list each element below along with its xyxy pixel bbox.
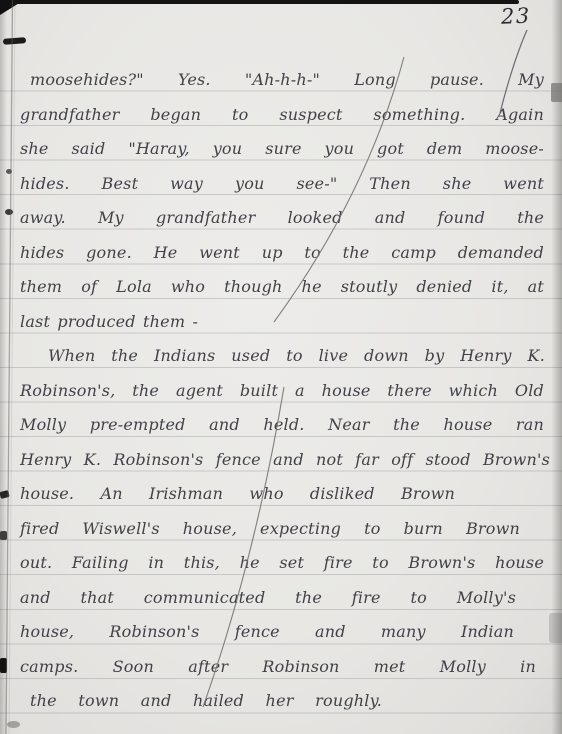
- manuscript-line: moosehides?" Yes. "Ah-h-h-" Long pause. …: [30, 63, 544, 97]
- page-number: 23: [501, 3, 542, 28]
- binding-mark: [3, 37, 26, 45]
- scan-left-shadow: [0, 0, 7, 734]
- binding-mark: [0, 490, 10, 499]
- manuscript-line: house. An Irishman who disliked Brown: [20, 477, 455, 511]
- manuscript-line: away. My grandfather looked and found th…: [20, 201, 544, 235]
- manuscript-line: she said "Haray, you sure you got dem mo…: [20, 132, 544, 166]
- binding-mark: [0, 658, 7, 673]
- manuscript-line: Robinson's, the agent built a house ther…: [20, 374, 544, 408]
- scan-corner-shadow: [0, 0, 24, 15]
- manuscript-line: hides gone. He went up to the camp deman…: [20, 236, 544, 270]
- manuscript-line: Henry K. Robinson's fence and not far of…: [20, 443, 550, 477]
- manuscript-line: out. Failing in this, he set fire to Bro…: [20, 546, 544, 580]
- scanned-manuscript-page: { "page": { "number": "23", "kind": "han…: [0, 0, 562, 734]
- manuscript-line: hides. Best way you see-" Then she went: [20, 167, 544, 201]
- manuscript-line: fired Wiswell's house, expecting to burn…: [20, 512, 520, 546]
- binding-crease-faint: [9, 0, 15, 734]
- binding-mark: [0, 531, 7, 540]
- manuscript-line: Molly pre-empted and held. Near the hous…: [20, 408, 544, 442]
- manuscript-line: When the Indians used to live down by He…: [48, 339, 545, 373]
- page-edge-tab: [551, 83, 562, 102]
- binding-smudge: [7, 721, 20, 728]
- binding-mark: [6, 169, 12, 174]
- page-edge-patch: [549, 613, 562, 643]
- manuscript-line: camps. Soon after Robinson met Molly in: [20, 650, 536, 684]
- scan-edge-top: [0, 0, 519, 4]
- manuscript-line: them of Lola who though he stoutly denie…: [20, 270, 544, 304]
- manuscript-page: 23 moosehides?" Yes. "Ah-h-h-" Long paus…: [0, 0, 562, 734]
- binding-mark: [5, 209, 13, 215]
- manuscript-line: the town and hailed her roughly.: [30, 684, 382, 718]
- manuscript-line: house, Robinson's fence and many Indian: [20, 615, 514, 649]
- manuscript-line: grandfather began to suspect something. …: [20, 98, 544, 132]
- manuscript-line: last produced them -: [20, 305, 544, 339]
- manuscript-line: and that communicated the fire to Molly'…: [20, 581, 516, 615]
